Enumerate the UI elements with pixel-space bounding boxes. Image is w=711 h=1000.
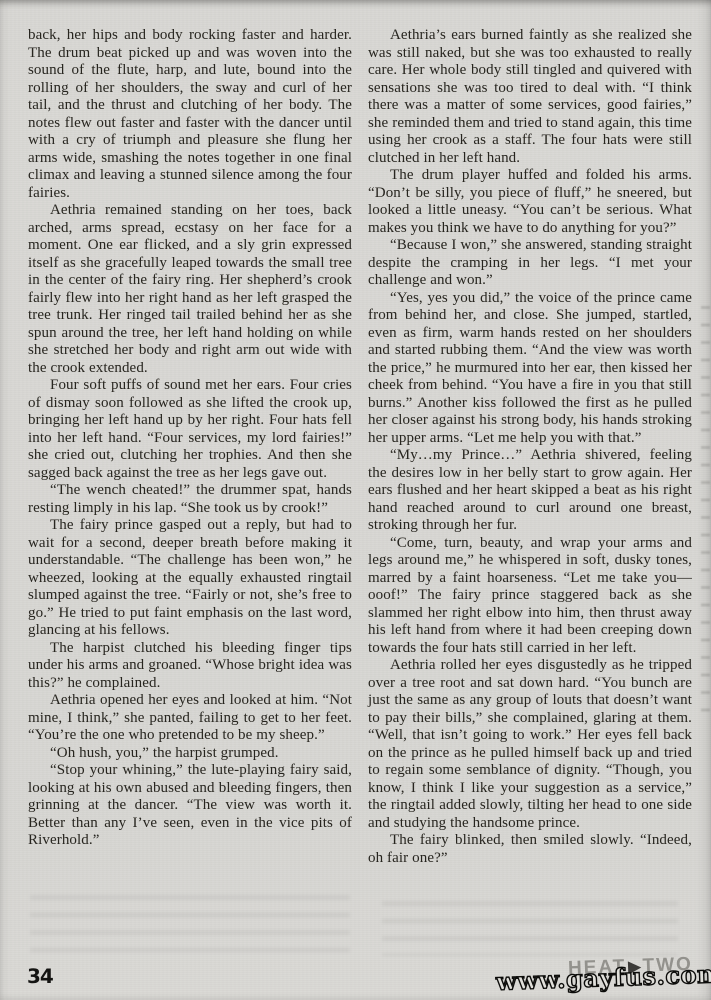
page-edge-text-fragments xyxy=(701,295,710,715)
page-number: 34 xyxy=(27,964,53,987)
paragraph: Aethria’s ears burned faintly as she rea… xyxy=(368,27,692,167)
paragraph: “Yes, yes you did,” the voice of the pri… xyxy=(368,290,692,448)
paragraph: “My…my Prince…” Aethria shivered, feelin… xyxy=(368,447,692,535)
paragraph: “The wench cheated!” the drummer spat, h… xyxy=(28,482,352,517)
paragraph: “Come, turn, beauty, and wrap your arms … xyxy=(368,535,692,658)
bleedthrough-smudge-right xyxy=(382,892,678,956)
right-column: Aethria’s ears burned faintly as she rea… xyxy=(368,27,692,867)
paragraph: Aethria rolled her eyes disgustedly as h… xyxy=(368,657,692,832)
paragraph: The harpist clutched his bleeding finger… xyxy=(28,640,352,693)
bleedthrough-smudge-left xyxy=(30,886,350,956)
text-columns: back, her hips and body rocking faster a… xyxy=(28,27,692,867)
paragraph: Aethria opened her eyes and looked at hi… xyxy=(28,692,352,745)
paragraph: Four soft puffs of sound met her ears. F… xyxy=(28,377,352,482)
paragraph: “Stop your whining,” the lute-playing fa… xyxy=(28,762,352,850)
paragraph: The drum player huffed and folded his ar… xyxy=(368,167,692,237)
paragraph: “Oh hush, you,” the harpist grumped. xyxy=(28,745,352,763)
watermark-url: www.gayfus.com xyxy=(496,959,711,996)
paragraph: “Because I won,” she answered, standing … xyxy=(368,237,692,290)
scanned-book-page: back, her hips and body rocking faster a… xyxy=(0,0,711,1000)
paragraph: The fairy blinked, then smiled slowly. “… xyxy=(368,832,692,867)
left-column: back, her hips and body rocking faster a… xyxy=(28,27,352,867)
paragraph: The fairy prince gasped out a reply, but… xyxy=(28,517,352,640)
paragraph: Aethria remained standing on her toes, b… xyxy=(28,202,352,377)
paragraph: back, her hips and body rocking faster a… xyxy=(28,27,352,202)
